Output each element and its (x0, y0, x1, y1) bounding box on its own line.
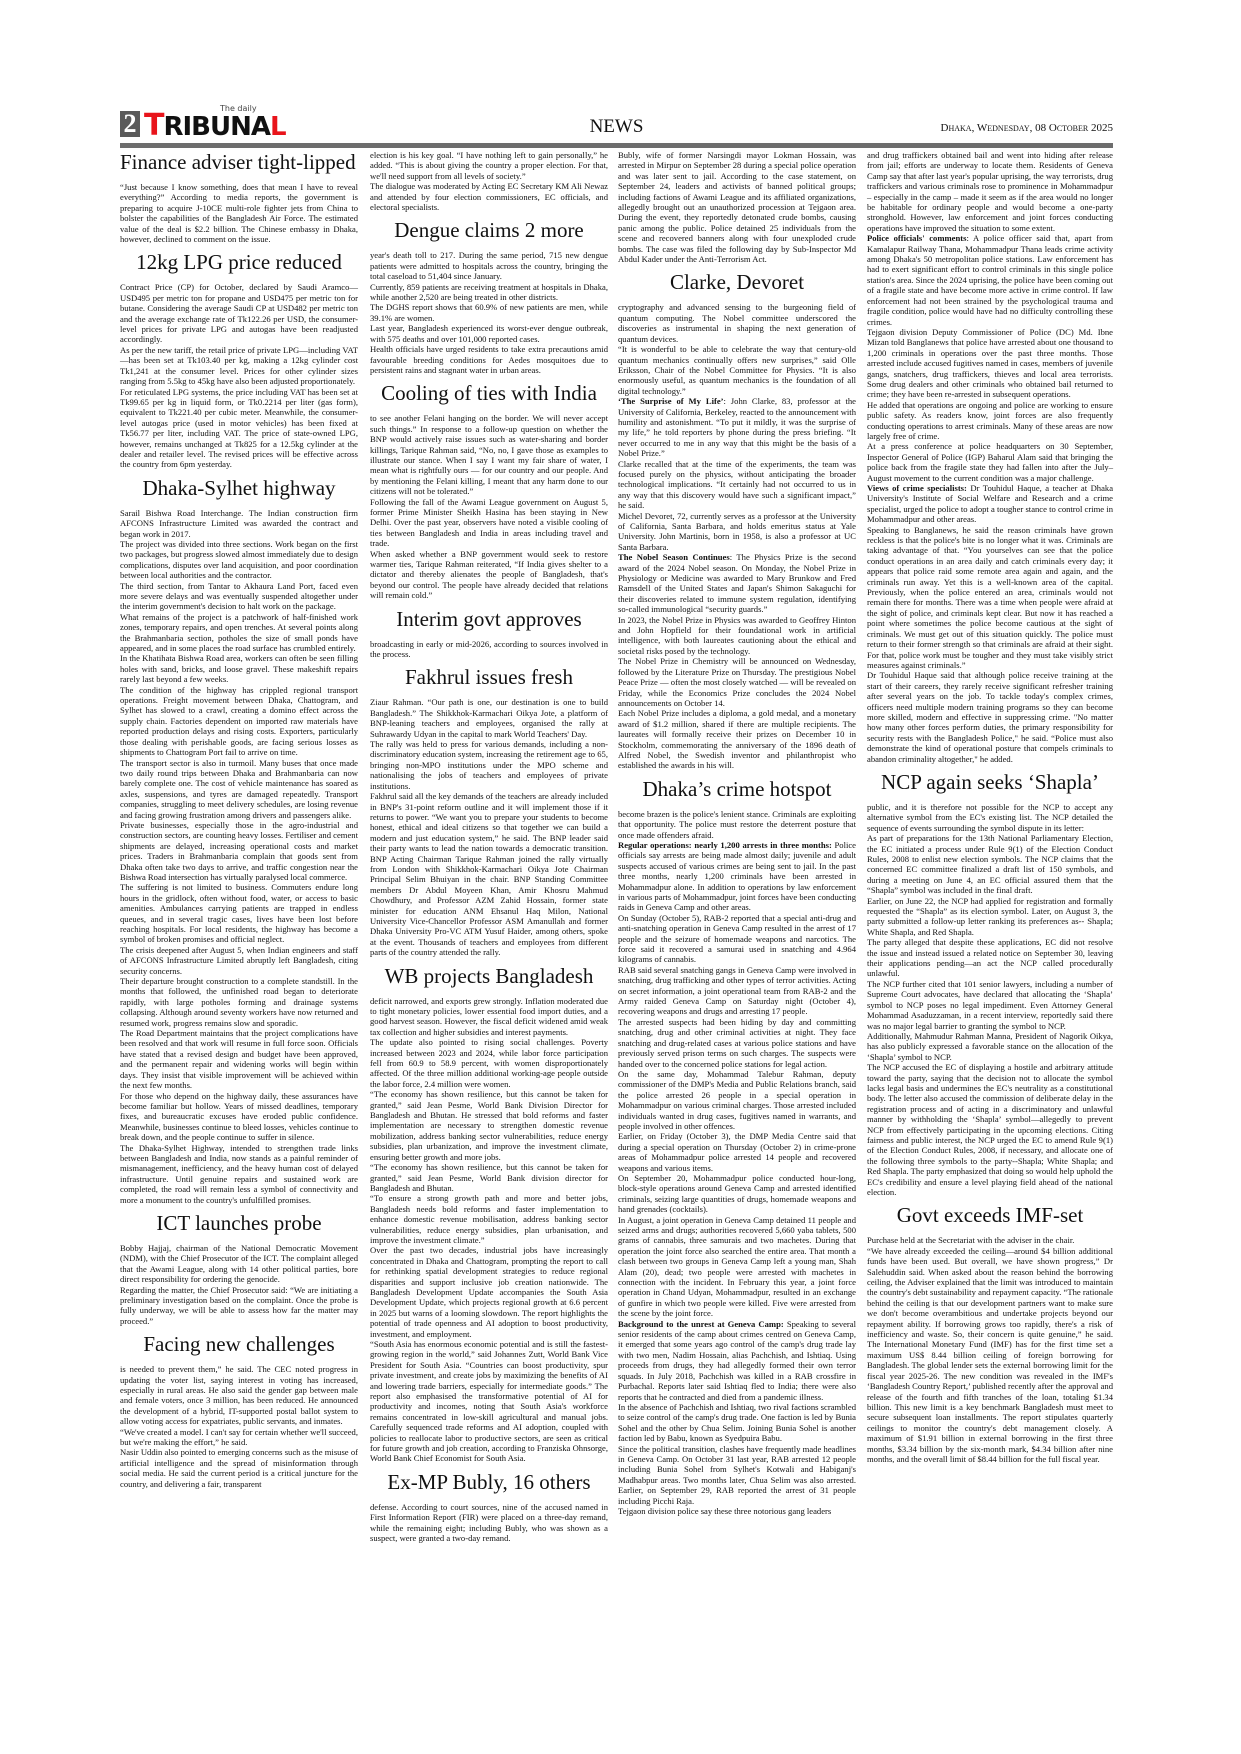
article-paragraph: and drug traffickers obtained bail and w… (867, 150, 1113, 233)
article-paragraph: Tejgaon division Deputy Commissioner of … (867, 327, 1113, 400)
column-3: Bubly, wife of former Narsingdi mayor Lo… (618, 150, 856, 1516)
article-headline: 12kg LPG price reduced (120, 250, 358, 274)
article-paragraph: The rally was held to press for various … (370, 739, 608, 791)
article-paragraph: “South Asia has enormous economic potent… (370, 1339, 608, 1464)
article-paragraph: Regular operations: nearly 1,200 arrests… (618, 840, 856, 913)
article-paragraph: The project was divided into three secti… (120, 539, 358, 581)
article-paragraph: cryptography and advanced sensing to the… (618, 302, 856, 344)
article: Finance adviser tight-lipped“Just becaus… (120, 150, 358, 244)
article-paragraph: Bobby Hajjaj, chairman of the National D… (120, 1243, 358, 1285)
article-paragraph: “We've created a model. I can't say for … (120, 1427, 358, 1448)
article-paragraph: Speaking to Banglanews, he said the reas… (867, 525, 1113, 671)
article-paragraph: On September 20, Mohammadpur police cond… (618, 1173, 856, 1215)
article-paragraph: As part of preparations for the 13th Nat… (867, 833, 1113, 895)
article-paragraph: year's death toll to 217. During the sam… (370, 250, 608, 281)
article-paragraph: The party alleged that despite these app… (867, 937, 1113, 979)
article-paragraph: Health officials have urged residents to… (370, 344, 608, 375)
article-headline: Dhaka-Sylhet highway (120, 476, 358, 500)
article-paragraph: The suffering is not limited to business… (120, 882, 358, 944)
article-paragraph: On the same day, Mohammad Talebur Rahman… (618, 1069, 856, 1131)
article-paragraph: Dr Touhidul Haque said that although pol… (867, 670, 1113, 764)
article: Clarke, Devoretcryptography and advanced… (618, 270, 856, 770)
article-paragraph: Each Nobel Prize includes a diploma, a g… (618, 708, 856, 770)
article-paragraph: election is his key goal. “I have nothin… (370, 150, 608, 181)
article-paragraph: Currently, 859 patients are receiving tr… (370, 282, 608, 303)
article-headline: Fakhrul issues fresh (370, 665, 608, 689)
article-paragraph: broadcasting in early or mid-2026, accor… (370, 639, 608, 660)
article-paragraph: deficit narrowed, and exports grew stron… (370, 996, 608, 1038)
article-headline: Facing new challenges (120, 1332, 358, 1356)
article-paragraph: He added that operations are ongoing and… (867, 400, 1113, 442)
article-paragraph: Over the past two decades, industrial jo… (370, 1245, 608, 1339)
article-paragraph: “Just because I know something, does tha… (120, 182, 358, 244)
article-paragraph: In the Khatihata Bishwa Road area, worke… (120, 653, 358, 684)
dateline: Dhaka, Wednesday, 08 October 2025 (941, 122, 1113, 134)
article-paragraph: Earlier, on June 22, the NCP had applied… (867, 896, 1113, 938)
article-paragraph: The Nobel Season Continues: The Physics … (618, 552, 856, 614)
article-paragraph: “We have already exceeded the ceiling—ar… (867, 1246, 1113, 1465)
logo-tagline: The daily (220, 104, 257, 113)
article-paragraph: What remains of the project is a patchwo… (120, 612, 358, 654)
article-headline: Govt exceeds IMF-set (867, 1203, 1113, 1227)
article: Cooling of ties with Indiato see another… (370, 381, 608, 600)
article-paragraph: The Road Department maintains that the p… (120, 1028, 358, 1090)
article-paragraph: For reticulated LPG systems, the price i… (120, 387, 358, 470)
article-paragraph: Additionally, Mahmudur Rahman Manna, Pre… (867, 1031, 1113, 1062)
article: Fakhrul issues freshZiaur Rahman. “Our p… (370, 665, 608, 957)
article: Dhaka-Sylhet highwaySarail Bishwa Road I… (120, 476, 358, 1205)
article: NCP again seeks ‘Shapla’public, and it i… (867, 770, 1113, 1197)
article-paragraph: The crisis deepened after August 5, when… (120, 945, 358, 976)
article-paragraph: The condition of the highway has cripple… (120, 685, 358, 758)
article-headline: NCP again seeks ‘Shapla’ (867, 770, 1113, 794)
article-headline: WB projects Bangladesh (370, 964, 608, 988)
article-paragraph: The NCP accused the EC of displaying a h… (867, 1062, 1113, 1197)
article-paragraph: Private businesses, especially those in … (120, 820, 358, 882)
article: WB projects Bangladeshdeficit narrowed, … (370, 964, 608, 1464)
article: Interim govt approvesbroadcasting in ear… (370, 607, 608, 660)
article-paragraph: In August, a joint operation in Geneva C… (618, 1215, 856, 1319)
article-paragraph: The arrested suspects had been hiding by… (618, 1017, 856, 1069)
article-paragraph: Background to the unrest at Geneva Camp:… (618, 1319, 856, 1402)
header-rule (120, 143, 1113, 148)
article-paragraph: Nasir Uddin also pointed to emerging con… (120, 1447, 358, 1489)
article-paragraph: ‘The Surprise of My Life’: John Clarke, … (618, 396, 856, 458)
article-paragraph: The DGHS report shows that 60.9% of new … (370, 302, 608, 323)
article-headline: Dengue claims 2 more (370, 218, 608, 242)
article-headline: Interim govt approves (370, 607, 608, 631)
article-paragraph: Police officials' comments: A police off… (867, 233, 1113, 327)
article-paragraph: The update also pointed to rising social… (370, 1037, 608, 1089)
article-paragraph: Views of crime specialists: Dr Touhidul … (867, 483, 1113, 525)
article-paragraph: Last year, Bangladesh experienced its wo… (370, 323, 608, 344)
article: Bubly, wife of former Narsingdi mayor Lo… (618, 150, 856, 264)
column-1: Finance adviser tight-lipped“Just becaus… (120, 150, 358, 1489)
column-4: and drug traffickers obtained bail and w… (867, 150, 1113, 1464)
article-paragraph: “To ensure a strong growth path and more… (370, 1193, 608, 1245)
article-paragraph: “It is wonderful to be able to celebrate… (618, 344, 856, 396)
article-paragraph: In the absence of Pachchish and Ishtiaq,… (618, 1402, 856, 1444)
article-paragraph: For those who depend on the highway dail… (120, 1091, 358, 1143)
article-paragraph: In 2023, the Nobel Prize in Physics was … (618, 615, 856, 657)
article-paragraph: The Dhaka-Sylhet Highway, intended to st… (120, 1143, 358, 1205)
article-paragraph: Ziaur Rahman. “Our path is one, our dest… (370, 697, 608, 739)
article-headline: Dhaka’s crime hotspot (618, 777, 856, 801)
article-paragraph: Their departure brought construction to … (120, 976, 358, 1028)
article-paragraph: defense. According to court sources, nin… (370, 1502, 608, 1544)
article-paragraph: Contract Price (CP) for October, declare… (120, 282, 358, 344)
article-paragraph: Fakhrul said all the key demands of the … (370, 791, 608, 958)
article-paragraph: The Nobel Prize in Chemistry will be ann… (618, 656, 856, 708)
article: election is his key goal. “I have nothin… (370, 150, 608, 212)
article-paragraph: Clarke recalled that at the time of the … (618, 459, 856, 511)
article-paragraph: Earlier, on Friday (October 3), the DMP … (618, 1131, 856, 1173)
article-paragraph: Since the political transition, clashes … (618, 1444, 856, 1506)
article-paragraph: public, and it is therefore not possible… (867, 802, 1113, 833)
article: ICT launches probeBobby Hajjaj, chairman… (120, 1211, 358, 1326)
article: Dhaka’s crime hotspotbecome brazen is th… (618, 777, 856, 1517)
masthead: 2 TRIBUNAL The daily NEWS Dhaka, Wednesd… (120, 104, 1113, 142)
article: 12kg LPG price reducedContract Price (CP… (120, 250, 358, 469)
article-paragraph: RAB said several snatching gangs in Gene… (618, 965, 856, 1017)
article-paragraph: Michel Devoret, 72, currently serves as … (618, 511, 856, 553)
article-paragraph: The transport sector is also in turmoil.… (120, 758, 358, 820)
article-paragraph: “The economy has shown resilience, but t… (370, 1089, 608, 1162)
article-headline: Clarke, Devoret (618, 270, 856, 294)
article-paragraph: Purchase held at the Secretariat with th… (867, 1235, 1113, 1245)
article-paragraph: Following the fall of the Awami League g… (370, 497, 608, 549)
article-paragraph: As per the new tariff, the retail price … (120, 345, 358, 387)
article-headline: Ex-MP Bubly, 16 others (370, 1470, 608, 1494)
article: Facing new challengesis needed to preven… (120, 1332, 358, 1489)
article-paragraph: At a press conference at police headquar… (867, 441, 1113, 483)
article-paragraph: to see another Felani hanging on the bor… (370, 413, 608, 496)
article-paragraph: “The economy has shown resilience, but t… (370, 1162, 608, 1193)
article-paragraph: become brazen is the police's lenient st… (618, 809, 856, 840)
article-paragraph: On Sunday (October 5), RAB-2 reported th… (618, 913, 856, 965)
article-paragraph: When asked whether a BNP government woul… (370, 549, 608, 601)
article-paragraph: Tejgaon division police say these three … (618, 1506, 856, 1516)
article-paragraph: Regarding the matter, the Chief Prosecut… (120, 1285, 358, 1327)
article: Govt exceeds IMF-setPurchase held at the… (867, 1203, 1113, 1464)
article-paragraph: Sarail Bishwa Road Interchange. The Indi… (120, 508, 358, 539)
article-paragraph: The dialogue was moderated by Acting EC … (370, 181, 608, 212)
article-headline: Finance adviser tight-lipped (120, 150, 358, 174)
column-2: election is his key goal. “I have nothin… (370, 150, 608, 1544)
article-paragraph: The third section, from Tantar to Akhaur… (120, 581, 358, 612)
article-paragraph: is needed to prevent them,” he said. The… (120, 1364, 358, 1426)
article: Ex-MP Bubly, 16 othersdefense. According… (370, 1470, 608, 1544)
article: and drug traffickers obtained bail and w… (867, 150, 1113, 764)
article: Dengue claims 2 moreyear's death toll to… (370, 218, 608, 375)
article-paragraph: The NCP further cited that 101 senior la… (867, 979, 1113, 1031)
article-paragraph: Bubly, wife of former Narsingdi mayor Lo… (618, 150, 856, 264)
article-headline: Cooling of ties with India (370, 381, 608, 405)
article-headline: ICT launches probe (120, 1211, 358, 1235)
